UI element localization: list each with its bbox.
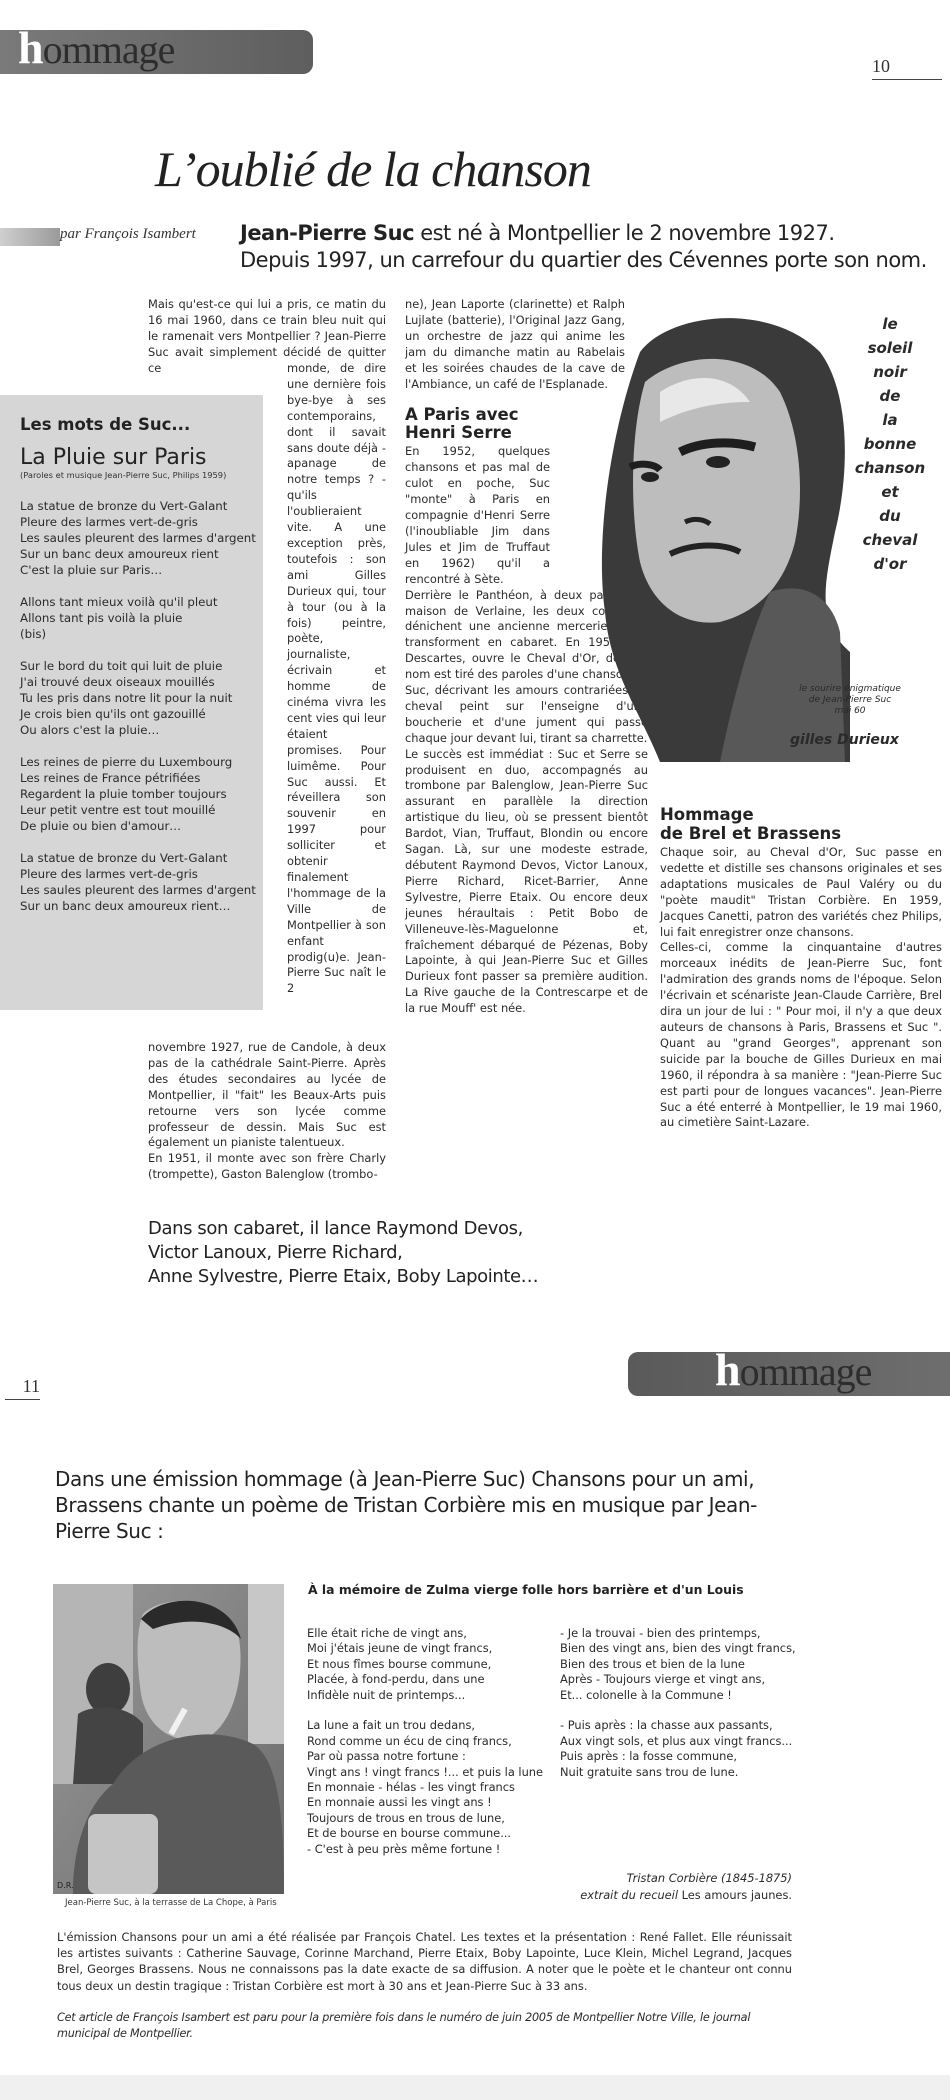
broadcast-footnote: L'émission Chansons pour un ami a été ré… — [57, 1929, 792, 1994]
column2-paragraph: ne), Jean Laporte (clarinette) et Ralph … — [405, 297, 625, 392]
article-title: L’oublié de la chanson — [155, 140, 591, 198]
photo-image-icon — [53, 1584, 284, 1894]
poem-right-column: - Je la trouvai - bien des printemps, Bi… — [560, 1626, 796, 1795]
broadcast-intro: Dans une émission hommage (à Jean-Pierre… — [55, 1466, 775, 1544]
poem-left-column: Elle était riche de vingt ans, Moi j'éta… — [307, 1626, 543, 1872]
page-number: 10 — [872, 56, 942, 80]
poem-stanza: La lune a fait un trou dedans, Rond comm… — [307, 1718, 543, 1857]
poem-stanza: - Puis après : la chasse aux passants, A… — [560, 1718, 796, 1780]
lyrics-stanza: La statue de bronze du Vert-Galant Pleur… — [20, 850, 263, 914]
lead-paragraph: Jean-Pierre Suc est né à Montpellier le … — [240, 220, 927, 274]
photo-jean-pierre-suc: D.R. — [53, 1584, 284, 1894]
column3: Hommage de Brel et Brassens Chaque soir,… — [660, 805, 942, 1131]
song-title: La Pluie sur Paris — [20, 446, 263, 470]
poem-title: À la mémoire de Zulma vierge folle hors … — [308, 1582, 744, 1597]
photo-credit: D.R. — [57, 1881, 74, 1890]
photo-caption: Jean-Pierre Suc, à la terrasse de La Cho… — [65, 1898, 277, 1908]
byline: par François Isambert — [60, 226, 196, 243]
section-banner-label: hommage — [715, 1350, 871, 1392]
page-bottom-margin — [0, 2075, 950, 2100]
column2-paragraph: Le succès est immédiat : Suc et Serre se… — [405, 747, 648, 1017]
column1-narrow: monde, de dire une dernière fois bye-bye… — [287, 361, 386, 997]
subheading-hommage: Hommage de Brel et Brassens — [660, 805, 942, 843]
lyrics-stanza: Les reines de pierre du Luxembourg Les r… — [20, 754, 263, 834]
lyrics-stanza: Allons tant mieux voilà qu'il pleut Allo… — [20, 594, 263, 642]
poem-stanza: Elle était riche de vingt ans, Moi j'éta… — [307, 1626, 543, 1703]
column3-paragraph: Celles-ci, comme la cinquantaine d'autre… — [660, 940, 942, 1131]
handwritten-caption: le sourire énigmatique de Jean-Pierre Su… — [780, 684, 920, 717]
poem-stanza: - Je la trouvai - bien des printemps, Bi… — [560, 1626, 796, 1703]
poem-author: Tristan Corbière (1845-1875) — [627, 1871, 792, 1885]
song-credits: (Paroles et musique Jean-Pierre Suc, Phi… — [20, 470, 263, 480]
column2-paragraph: En 1952, quelques chansons et pas mal de… — [405, 444, 550, 587]
portrait-illustration: le soleil noir de la bonne chanson et du… — [600, 292, 945, 772]
poem-source: Les amours jaunes. — [678, 1888, 792, 1902]
lyrics-sidebar: Les mots de Suc... La Pluie sur Paris (P… — [0, 395, 263, 1010]
sidebar-heading: Les mots de Suc... — [20, 415, 263, 434]
artist-signature: gilles Durieux — [790, 732, 899, 748]
column1-bottom: novembre 1927, rue de Candole, à deux pa… — [148, 1040, 386, 1183]
lyrics-stanza: Sur le bord du toit qui luit de pluie J'… — [20, 658, 263, 738]
subheading-paris: A Paris avec Henri Serre — [405, 406, 535, 442]
section-banner-label: hommage — [18, 28, 174, 70]
byline-bar — [0, 228, 60, 246]
page-number: 11 — [5, 1376, 40, 1400]
poem-attribution: Tristan Corbière (1845-1875) extrait du … — [580, 1870, 792, 1904]
pull-quote: Dans son cabaret, il lance Raymond Devos… — [148, 1217, 538, 1289]
column3-paragraph: Chaque soir, au Cheval d'Or, Suc passe e… — [660, 845, 942, 940]
article-publication-note: Cet article de François Isambert est par… — [57, 2010, 792, 2042]
lyrics-stanza: La statue de bronze du Vert-Galant Pleur… — [20, 498, 263, 578]
handwritten-verse: le soleil noir de la bonne chanson et du… — [840, 312, 940, 576]
